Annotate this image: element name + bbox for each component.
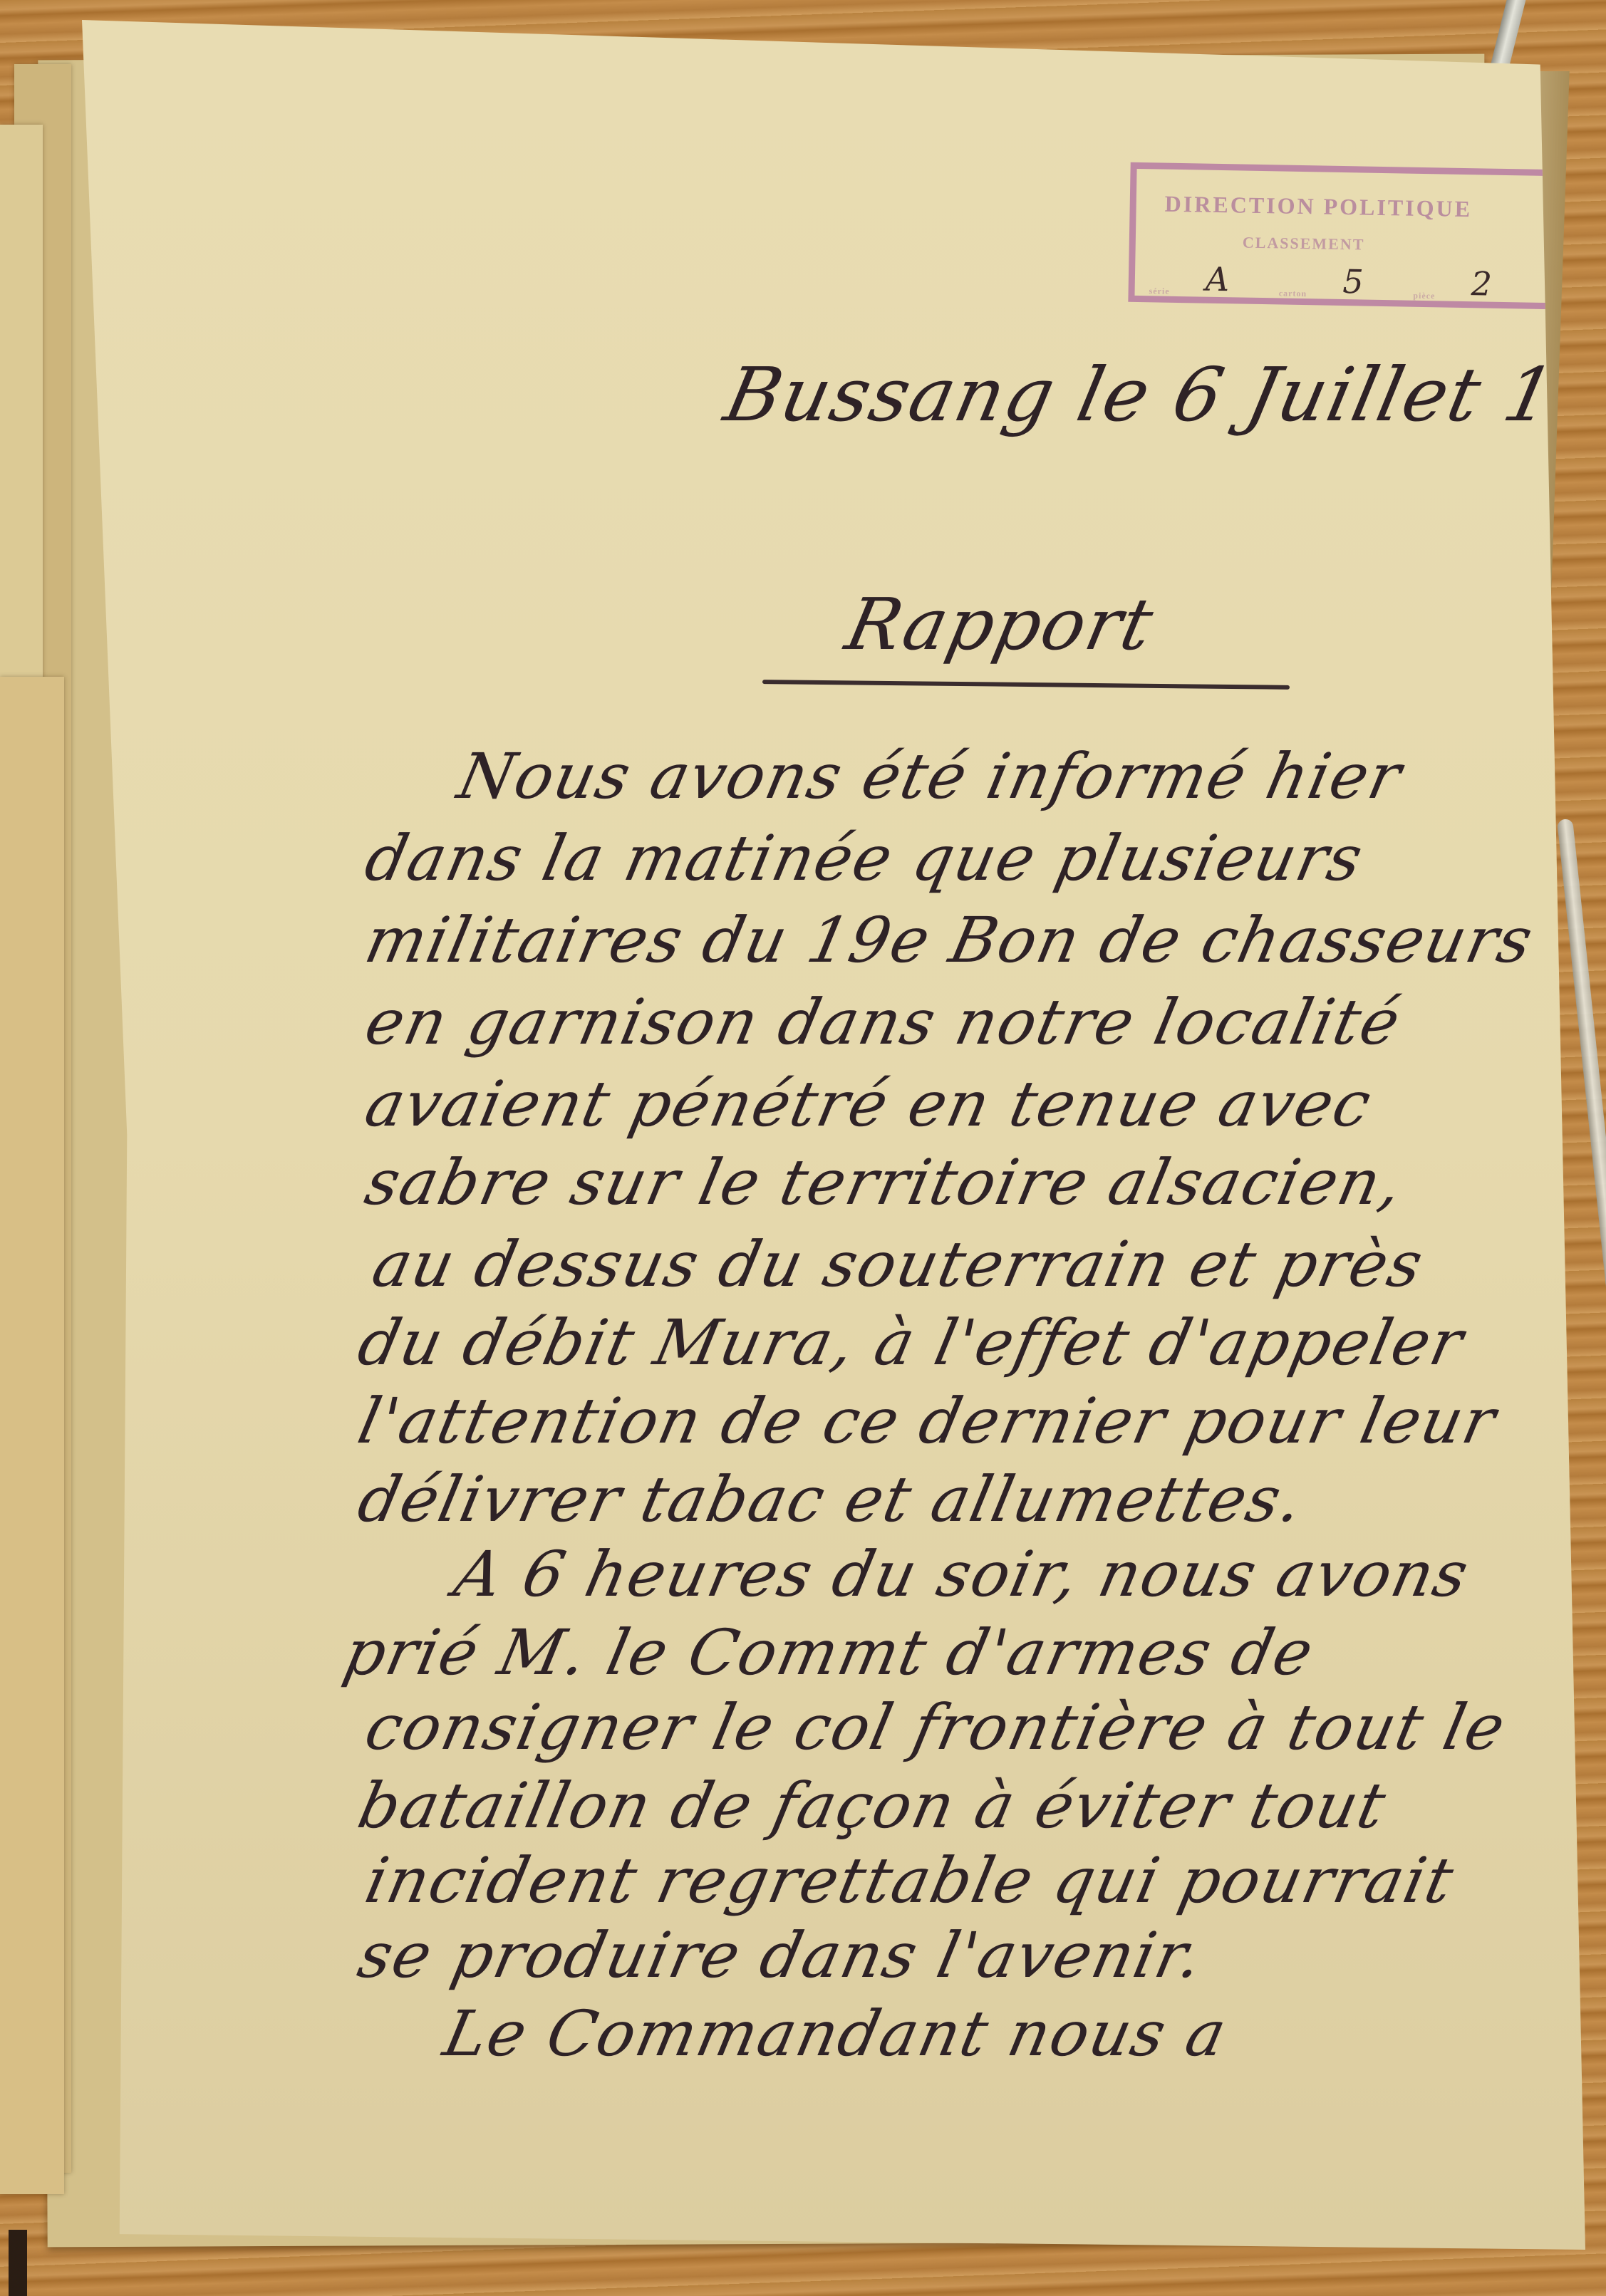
document-page: DIRECTION POLITIQUE CLASSEMENT série A c… (82, 20, 1585, 2250)
body-line: du débit Mura, à l'effet d'appeler (352, 1306, 1471, 1379)
body-line: bataillon de façon à éviter tout (352, 1769, 1393, 1842)
body-line: au dessus du souterrain et près (366, 1227, 1430, 1301)
place-date-line: Bussang le 6 Juillet 1896 (717, 351, 1606, 438)
body-line: avaient pénétré en tenue avec (359, 1067, 1379, 1141)
title-underline (762, 680, 1290, 690)
body-line: consigner le col frontière à tout le (359, 1690, 1513, 1764)
body-line: se produire dans l'avenir. (352, 1918, 1210, 1992)
stamp-label-serie: série (1149, 286, 1169, 297)
body-line: délivrer tabac et allumettes. (352, 1463, 1310, 1536)
stacked-sheet (0, 677, 64, 2194)
body-line: incident regrettable qui pourrait (359, 1844, 1461, 1917)
stamp-label-carton: carton (1279, 288, 1307, 299)
binder-edge (9, 2230, 27, 2296)
document-title: Rapport (839, 583, 1161, 666)
stamp-value-serie: A (1205, 260, 1229, 299)
body-line: Le Commandant nous a (437, 1997, 1233, 2070)
archive-stamp: DIRECTION POLITIQUE CLASSEMENT série A c… (1128, 162, 1556, 309)
stamp-label-piece: pièce (1413, 291, 1435, 302)
body-line: Nous avons été informé hier (452, 739, 1409, 813)
body-line: dans la matinée que plusieurs (359, 821, 1370, 895)
stamp-subtitle: CLASSEMENT (1243, 234, 1365, 254)
body-line: l'attention de ce dernier pour leur (352, 1384, 1503, 1458)
stamp-fields: série A carton 5 pièce 2 (1149, 263, 1534, 308)
body-line: sabre sur le territoire alsacien, (359, 1146, 1410, 1219)
stamp-title: DIRECTION POLITIQUE (1164, 191, 1472, 223)
stamp-value-piece: 2 (1471, 264, 1492, 303)
body-line: A 6 heures du soir, nous avons (448, 1537, 1476, 1611)
body-line: prié M. le Commt d'armes de (338, 1616, 1320, 1689)
body-line: en garnison dans notre localité (359, 985, 1407, 1059)
stamp-value-carton: 5 (1342, 262, 1364, 301)
body-line: militaires du 19e Bon de chasseurs (359, 903, 1540, 977)
